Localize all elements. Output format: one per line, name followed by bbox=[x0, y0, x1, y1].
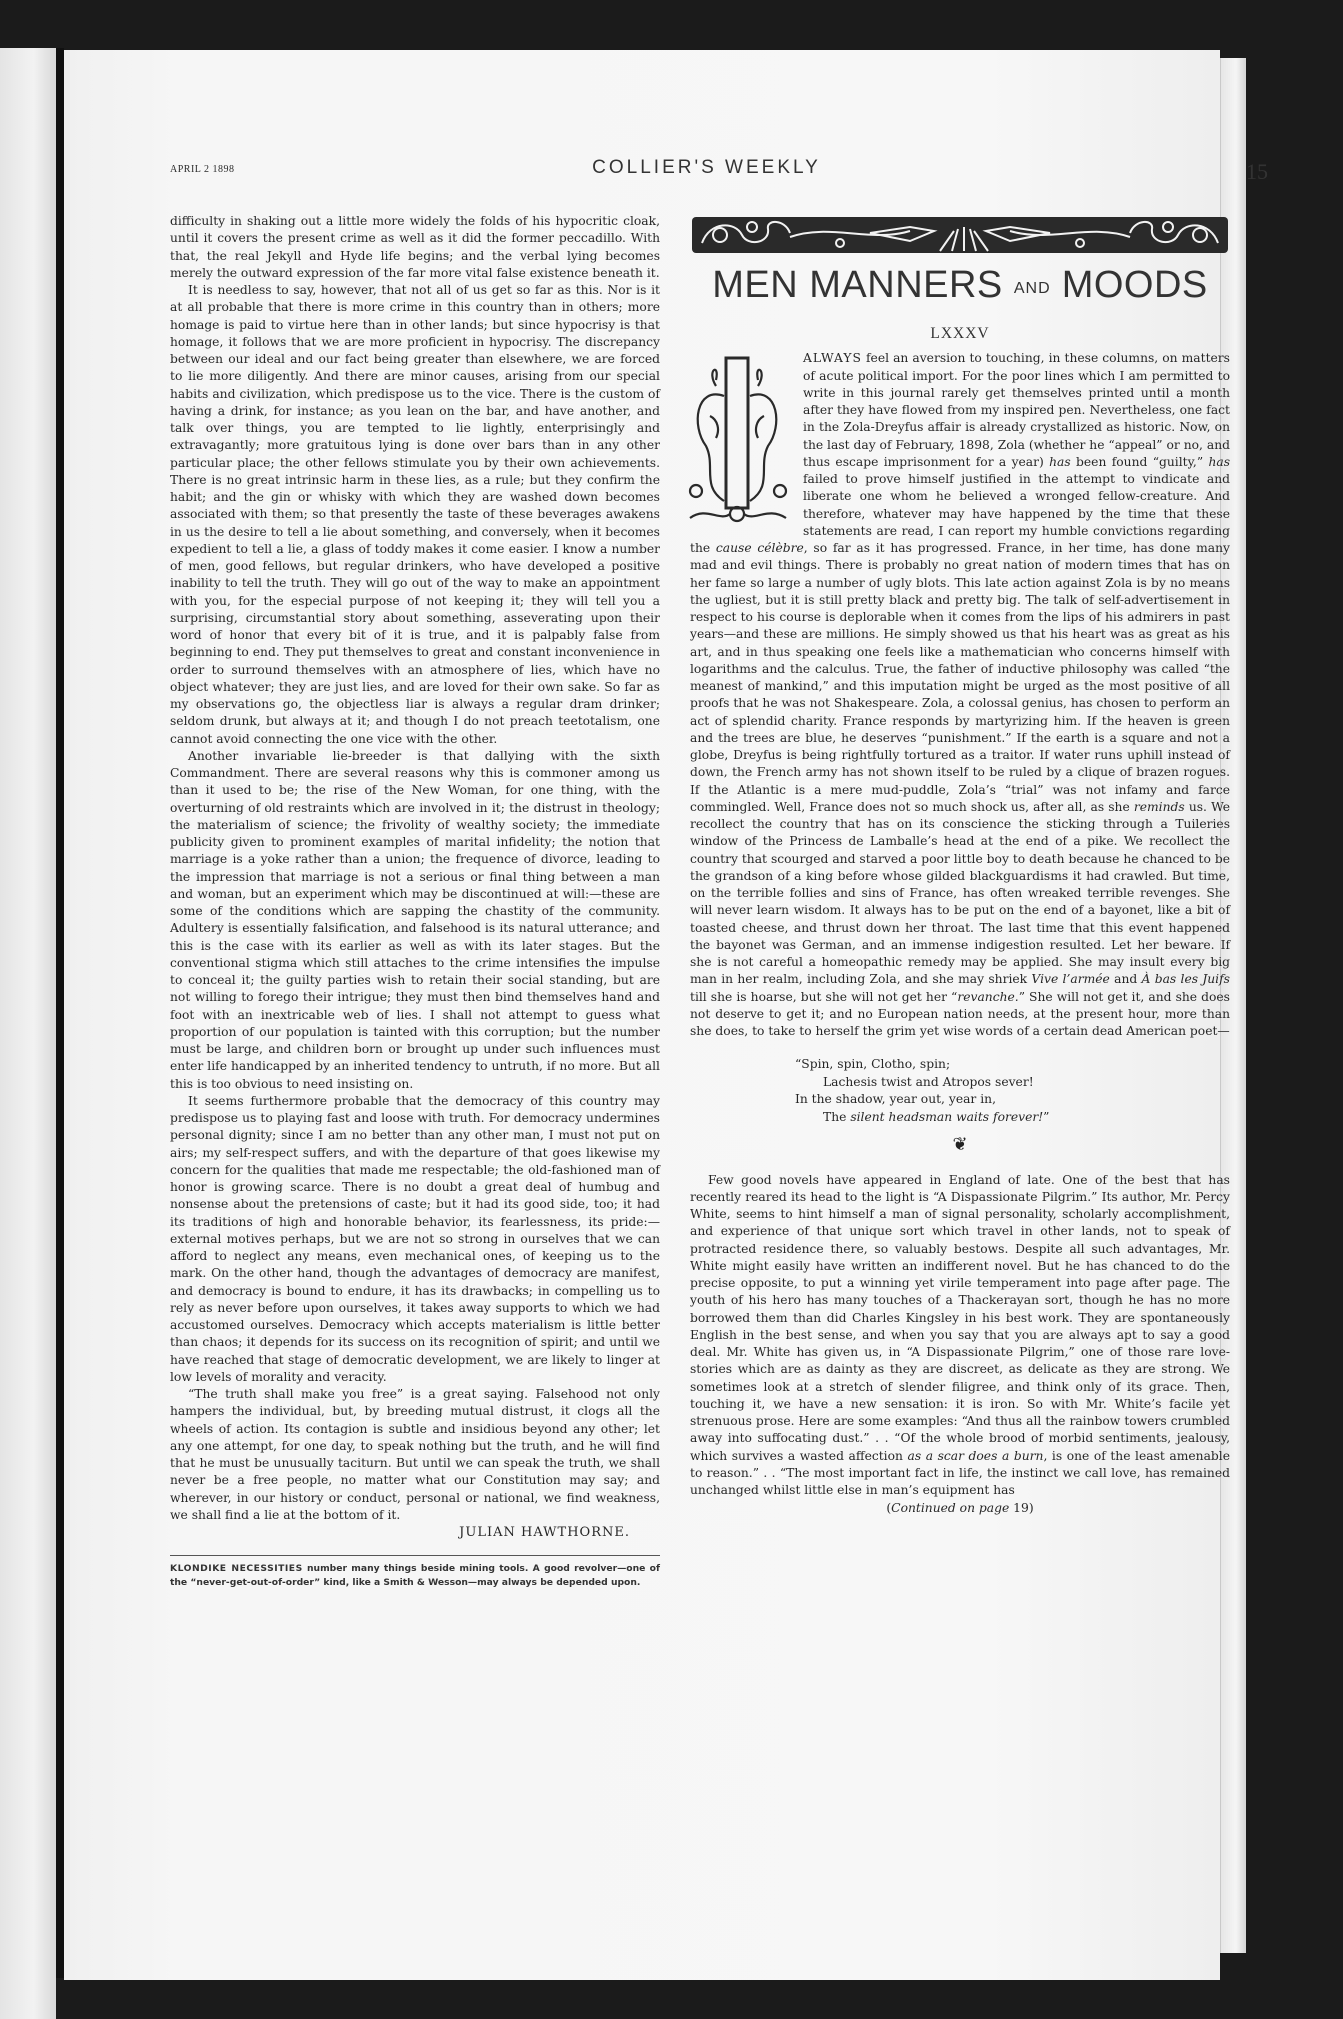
poem-quotation: “Spin, spin, Clotho, spin; Lachesis twis… bbox=[690, 1056, 1230, 1126]
masthead: COLLIER'S WEEKLY bbox=[170, 157, 1243, 179]
page-number: 15 bbox=[1246, 159, 1268, 185]
facing-page-edge bbox=[0, 48, 56, 2019]
paragraph: difficulty in shaking out a little more … bbox=[170, 213, 660, 282]
book-gutter bbox=[56, 48, 64, 1978]
installment-number: LXXXV bbox=[690, 325, 1230, 342]
poem-line: Lachesis twist and Atropos sever! bbox=[795, 1074, 1230, 1092]
ornamental-banner-icon bbox=[690, 213, 1230, 257]
continued-notice: (Continued on page 19) bbox=[690, 1500, 1230, 1517]
section-divider-fleuron-icon: ❦ bbox=[690, 1136, 1230, 1153]
poem-line: The silent headsman waits forever!” bbox=[795, 1109, 1230, 1127]
right-column-feature: MEN MANNERS AND MOODS LXXXV ALWAYS feel … bbox=[690, 213, 1230, 1518]
lead-caps: ALWAYS bbox=[803, 351, 862, 365]
feature-paragraph-novel-review: Few good novels have appeared in England… bbox=[690, 1172, 1230, 1500]
author-signature: JULIAN HAWTHORNE. bbox=[170, 1524, 660, 1541]
feature-title: MEN MANNERS AND MOODS bbox=[690, 263, 1230, 311]
footnote-lead: KLONDIKE NECESSITIES bbox=[170, 1563, 303, 1574]
ornamental-drop-cap-icon bbox=[686, 356, 791, 526]
title-word: MOODS bbox=[1062, 264, 1208, 306]
poem-line: “Spin, spin, Clotho, spin; bbox=[795, 1056, 1230, 1074]
paragraph: “The truth shall make you free” is a gre… bbox=[170, 1386, 660, 1524]
advertisement-footnote: KLONDIKE NECESSITIES number many things … bbox=[170, 1562, 660, 1589]
left-column-article: difficulty in shaking out a little more … bbox=[170, 213, 660, 1589]
paragraph: It seems furthermore probable that the d… bbox=[170, 1093, 660, 1386]
paragraph: It is needless to say, however, that not… bbox=[170, 282, 660, 748]
paragraph: Another invariable lie-breeder is that d… bbox=[170, 748, 660, 1093]
title-conjunction: AND bbox=[1014, 280, 1051, 297]
poem-line: In the shadow, year out, year in, bbox=[795, 1091, 1230, 1109]
footnote-divider bbox=[170, 1555, 660, 1556]
running-head: APRIL 2 1898 COLLIER'S WEEKLY 15 bbox=[170, 157, 1243, 187]
title-word: MEN MANNERS bbox=[712, 264, 1003, 306]
